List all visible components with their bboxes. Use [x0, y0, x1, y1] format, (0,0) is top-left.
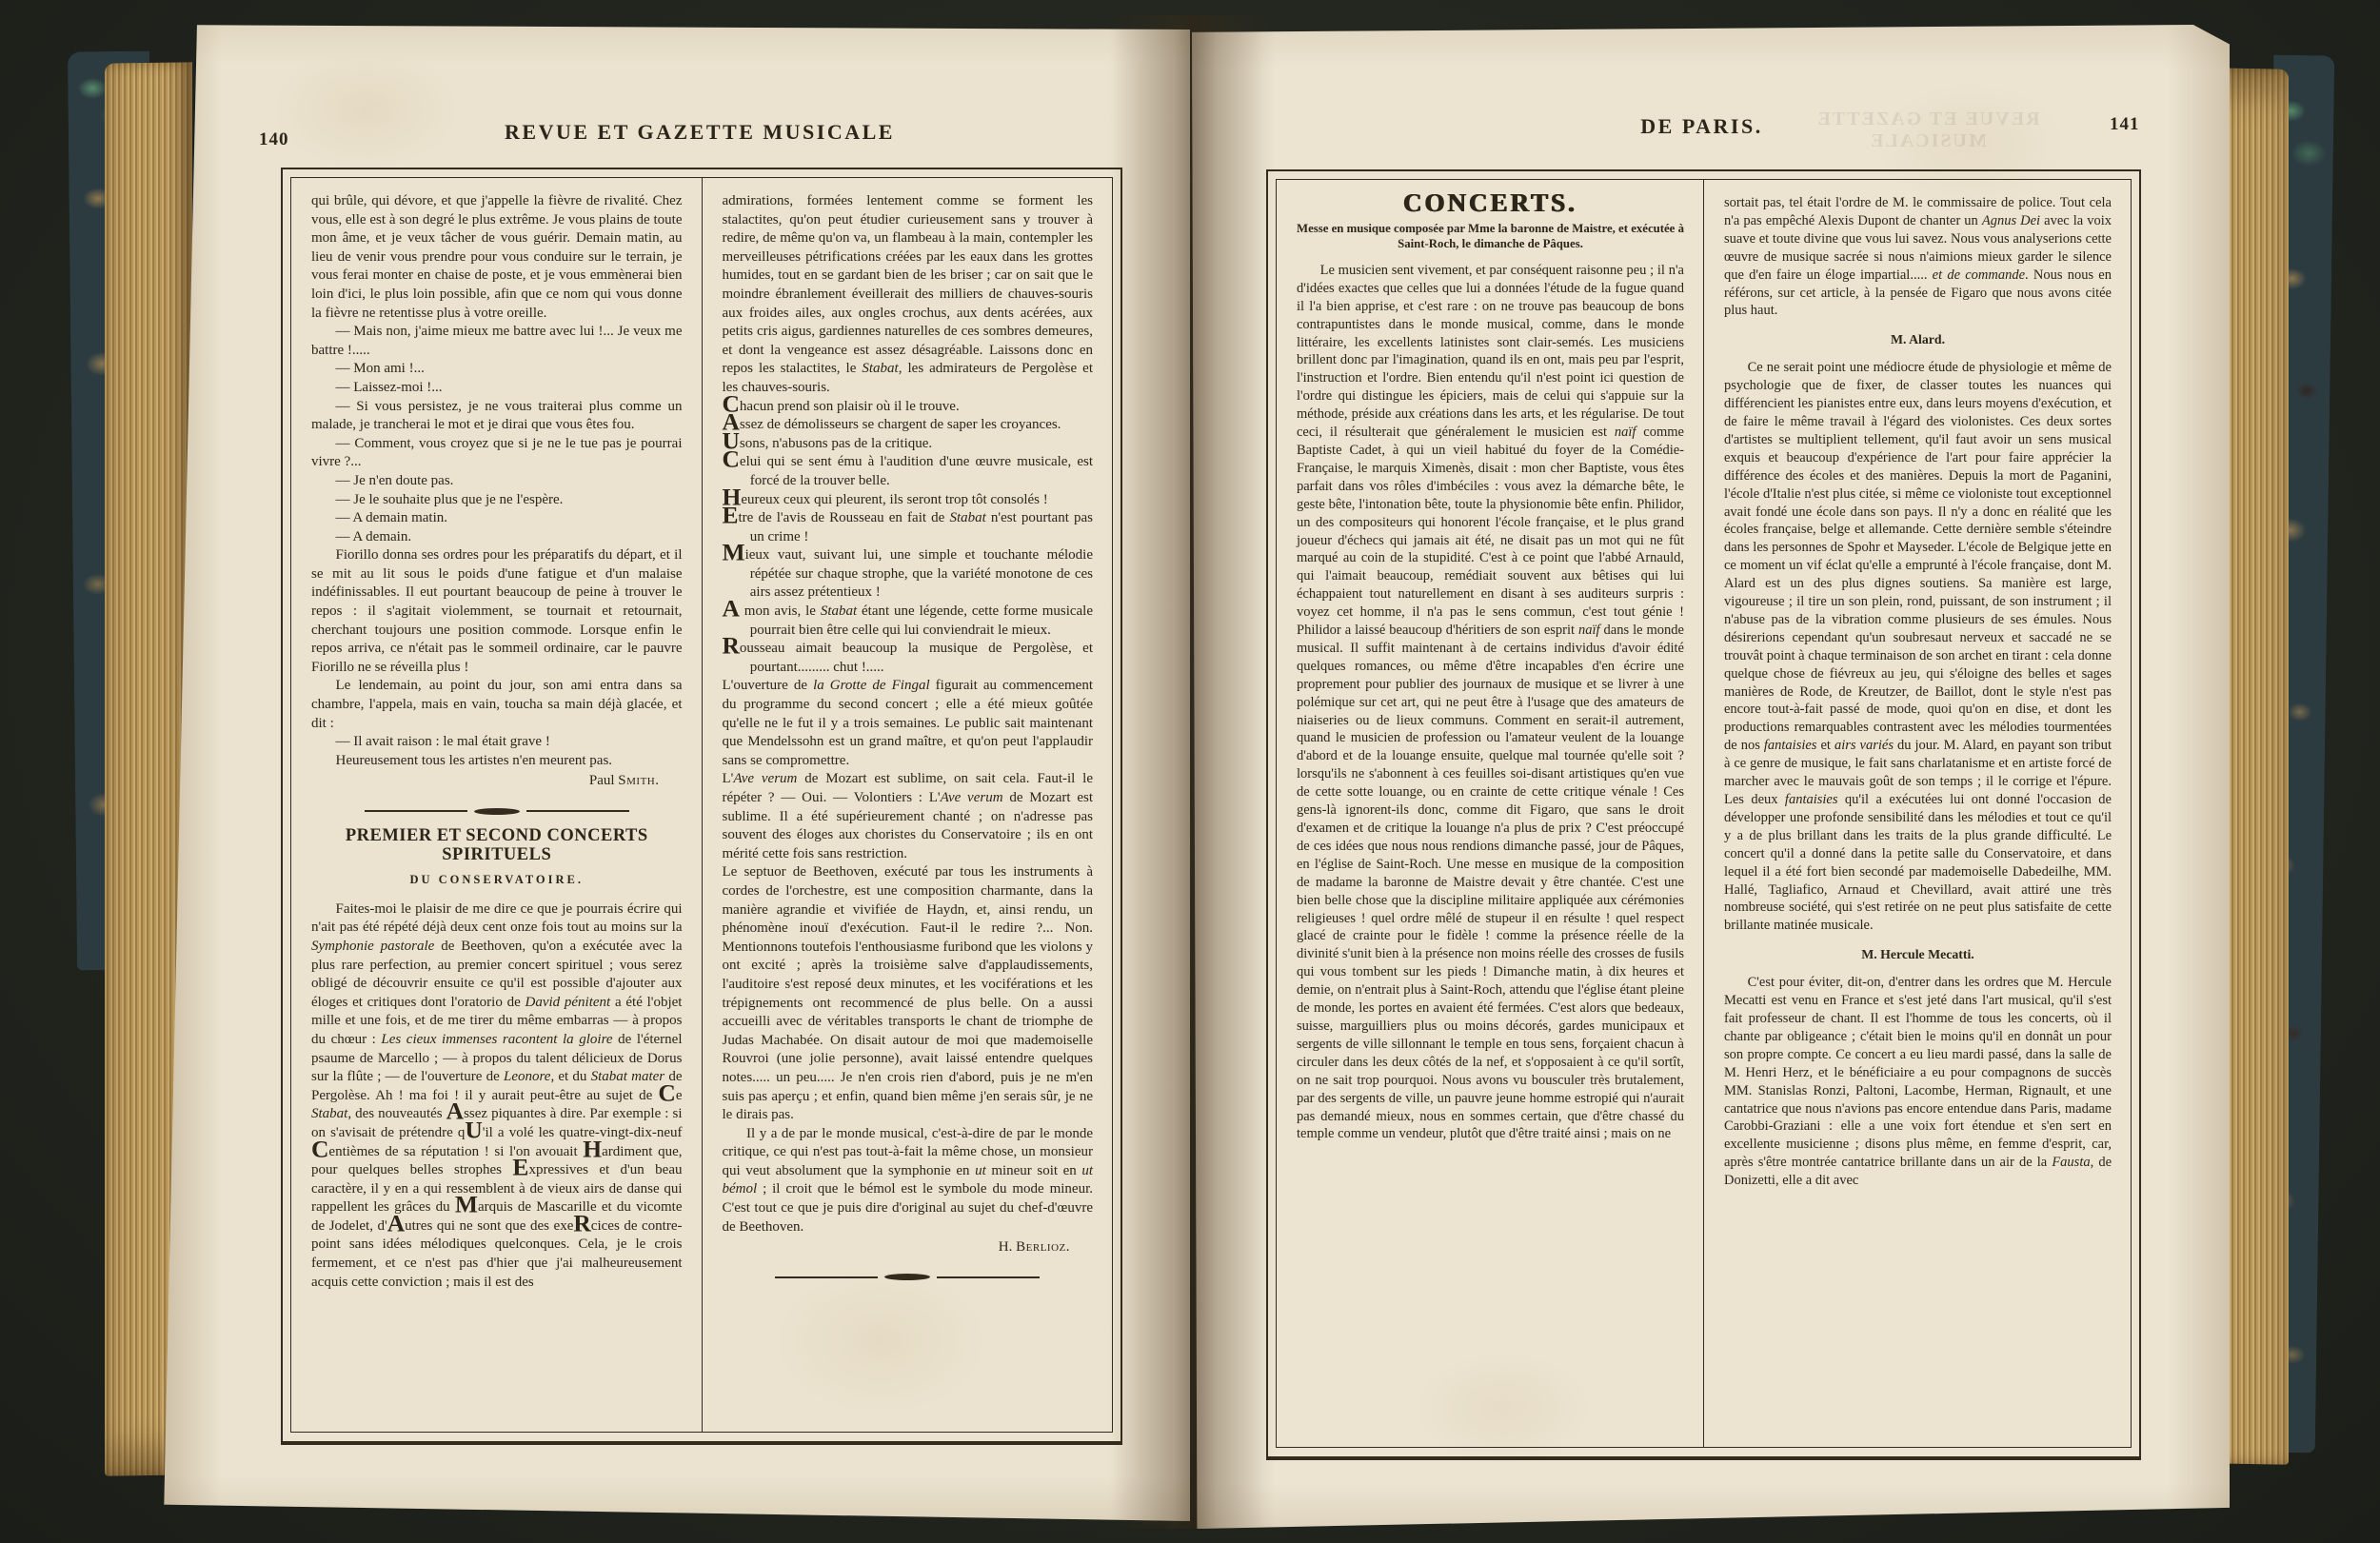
right-frame-inner: CONCERTS. Messe en musique composée par …: [1276, 179, 2132, 1448]
signature: H. Berlioz.: [723, 1238, 1094, 1257]
article-subheading: DU CONSERVATOIRE.: [311, 871, 683, 890]
section-subheading: M. Hercule Mecatti.: [1724, 946, 2112, 964]
section-divider-ornament: [723, 1270, 1094, 1285]
maxim: Usons, n'abusons pas de la critique.: [723, 435, 1094, 454]
book-spread: 140 REVUE ET GAZETTE MUSICALE qui brûle,…: [0, 0, 2380, 1543]
maxim: Heureux ceux qui pleurent, ils seront tr…: [723, 491, 1094, 510]
maxim: Etre de l'avis de Rousseau en fait de St…: [723, 509, 1094, 546]
section-subheading: M. Alard.: [1724, 331, 2112, 349]
paragraph: Ce ne serait point une médiocre étude de…: [1724, 359, 2112, 935]
maxim: A mon avis, le Stabat étant une légende,…: [723, 603, 1094, 640]
paragraph: L'Ave verum de Mozart est sublime, on sa…: [723, 770, 1094, 863]
paragraph: Le septuor de Beethoven, exécuté par tou…: [723, 863, 1094, 1124]
dialog-line: — A demain matin.: [311, 509, 683, 528]
article-heading: PREMIER ET SECOND CONCERTS SPIRITUELS: [311, 827, 683, 864]
section-divider-ornament: [311, 803, 683, 819]
maxim: Chacun prend son plaisir où il le trouve…: [723, 398, 1094, 417]
maxim: Mieux vaut, suivant lui, une simple et t…: [723, 546, 1094, 603]
right-running-title: DE PARIS.: [1266, 114, 2137, 139]
paragraph: qui brûle, qui dévore, et que j'appelle …: [311, 192, 683, 323]
article-heading: CONCERTS.: [1297, 194, 1684, 212]
dialog-line: — Il avait raison : le mal était grave !: [311, 733, 683, 752]
left-text-frame: qui brûle, qui dévore, et que j'appelle …: [281, 168, 1122, 1445]
paragraph: C'est pour éviter, dit-on, d'entrer dans…: [1724, 974, 2112, 1190]
paragraph: Fiorillo donna ses ordres pour les prépa…: [311, 546, 683, 677]
right-column-1: CONCERTS. Messe en musique composée par …: [1277, 180, 1704, 1447]
dialog-line: — Mais non, j'aime mieux me battre avec …: [311, 323, 683, 360]
dialog-line: — Si vous persistez, je ne vous traitera…: [311, 398, 683, 435]
dialog-line: — Mon ami !...: [311, 360, 683, 379]
left-column-1: qui brûle, qui dévore, et que j'appelle …: [291, 178, 703, 1432]
dialog-line: — Je n'en doute pas.: [311, 472, 683, 491]
left-column-2: admirations, formées lentement comme se …: [703, 178, 1113, 1432]
paragraph: L'ouverture de la Grotte de Fingal figur…: [723, 677, 1094, 770]
right-page-number: 141: [2110, 114, 2140, 135]
paragraph: sortait pas, tel était l'ordre de M. le …: [1724, 194, 2112, 320]
paragraph: Le lendemain, au point du jour, son ami …: [311, 677, 683, 733]
maxim: Celui qui se sent ému à l'audition d'une…: [723, 453, 1094, 490]
right-text-frame: CONCERTS. Messe en musique composée par …: [1266, 169, 2141, 1460]
paragraph: Faites-moi le plaisir de me dire ce que …: [311, 900, 683, 1292]
signature: Paul Smith.: [311, 772, 683, 791]
dialog-line: — Comment, vous croyez que si je ne le t…: [311, 435, 683, 472]
left-frame-inner: qui brûle, qui dévore, et que j'appelle …: [290, 177, 1113, 1433]
article-subheading: Messe en musique composée par Mme la bar…: [1297, 221, 1684, 252]
left-running-title: REVUE ET GAZETTE MUSICALE: [281, 120, 1119, 145]
dialog-line: — A demain.: [311, 528, 683, 547]
right-column-2: sortait pas, tel était l'ordre de M. le …: [1704, 180, 2131, 1447]
dialog-line: — Je le souhaite plus que je ne l'espère…: [311, 491, 683, 510]
maxim: Rousseau aimait beaucoup la musique de P…: [723, 640, 1094, 677]
paragraph: Heureusement tous les artistes n'en meur…: [311, 752, 683, 771]
maxim: Assez de démolisseurs se chargent de sap…: [723, 416, 1094, 435]
paragraph: Le musicien sent vivement, et par conséq…: [1297, 262, 1684, 1143]
paragraph: admirations, formées lentement comme se …: [723, 192, 1094, 398]
paragraph: Il y a de par le monde musical, c'est-à-…: [723, 1125, 1094, 1237]
dialog-line: — Laissez-moi !...: [311, 379, 683, 398]
